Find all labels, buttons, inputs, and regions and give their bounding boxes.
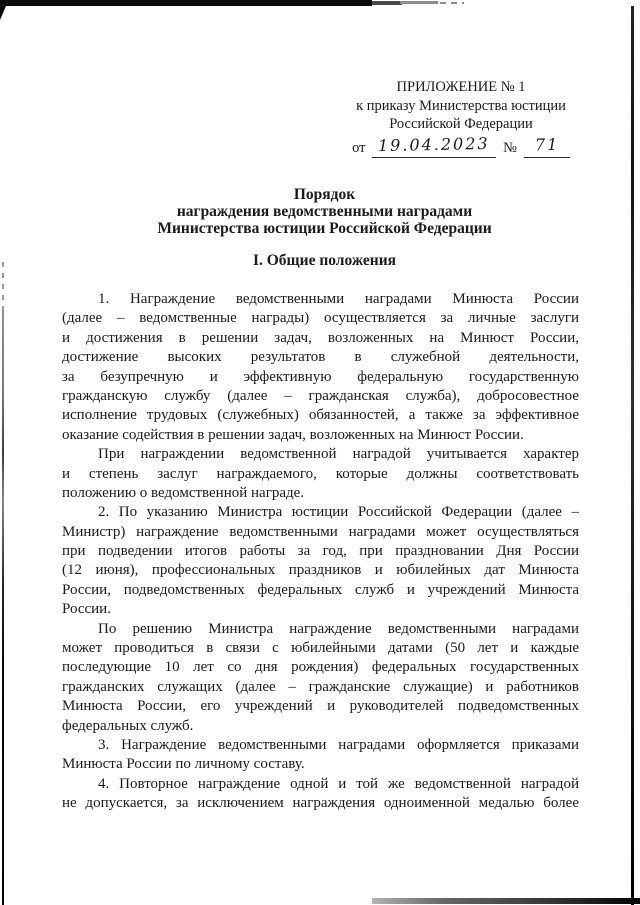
body-line: и достижения в решении задач, возложенны… [62, 329, 579, 348]
body-line: гражданскую службу (далее – гражданская … [62, 387, 579, 406]
body-line: (12 июня), профессиональных праздников и… [62, 561, 579, 580]
scan-edge-top [0, 0, 372, 6]
title-line-3: Министерства юстиции Российской Федераци… [66, 221, 583, 238]
paragraph: 3. Награждение ведомственными наградами … [62, 736, 579, 775]
paragraph: 4. Повторное награждение одной и той же … [62, 775, 579, 814]
body-line: По решению Министра награждение ведомств… [62, 620, 579, 639]
body-line: 1. Награждение ведомственными наградами … [62, 290, 579, 309]
body-line: 3. Награждение ведомственными наградами … [62, 736, 579, 755]
paragraph: По решению Министра награждение ведомств… [62, 620, 579, 736]
body-line: исполнение трудовых (служебных) обязанно… [62, 406, 579, 425]
paragraph: 1. Награждение ведомственными наградами … [62, 290, 579, 445]
body-line: Минюста России по личному составу. [62, 755, 579, 774]
title-line-1: Порядок [66, 187, 583, 204]
order-reference-line1: к приказу Министерства юстиции [345, 97, 577, 116]
scan-edge-top-dashes [440, 2, 464, 4]
scan-edge-bottom [372, 898, 640, 904]
paragraph: При награждении ведомственной наградой у… [62, 445, 579, 503]
document-title: Порядок награждения ведомственными награ… [66, 187, 583, 237]
body-line: России, подведомственных федеральных слу… [62, 581, 579, 600]
handwritten-date-value: 19.04.2023 [378, 135, 490, 156]
body-line: Министр) награждение ведомственными нагр… [62, 523, 579, 542]
body-line: 2. По указанию Министра юстиции Российск… [62, 503, 579, 522]
handwritten-date-field: 19.04.2023 [372, 136, 496, 158]
paragraph: 2. По указанию Министра юстиции Российск… [62, 503, 579, 619]
body-line: положению о ведомственной награде. [62, 484, 579, 503]
body-line: оказание содействия в решении задач, воз… [62, 426, 579, 445]
body-line: России. [62, 600, 579, 619]
body-line: и степень заслуг награждаемого, которые … [62, 465, 579, 484]
handwritten-number-field: 71 [524, 136, 570, 158]
scan-edge-right [631, 6, 634, 905]
order-date-line: от 19.04.2023 № 71 [345, 136, 577, 158]
scan-edge-corner-wedge [0, 6, 6, 20]
scan-edge-top-gray [400, 1, 438, 4]
body-line: (далее – ведомственные награды) осуществ… [62, 309, 579, 328]
body-line: может проводиться в связи с юбилейными д… [62, 639, 579, 658]
body-line: достижение высоких результатов в служебн… [62, 348, 579, 367]
document-body: 1. Награждение ведомственными наградами … [62, 290, 579, 814]
scan-edge-top-fade [372, 1, 402, 5]
handwritten-number-value: 71 [535, 136, 560, 155]
number-sign-label: № [503, 139, 517, 158]
order-reference-line2: Российской Федерации [345, 115, 577, 134]
scanned-document-page: ПРИЛОЖЕНИЕ № 1 к приказу Министерства юс… [0, 0, 640, 905]
body-line: не допускается, за исключением награжден… [62, 794, 579, 813]
scan-edge-left [2, 310, 4, 905]
body-line: при подведении итогов работы за год, при… [62, 542, 579, 561]
body-line: последующие 10 лет со дня рождения) феде… [62, 658, 579, 677]
title-line-2: награждения ведомственными наградами [66, 204, 583, 221]
body-line: гражданских служащих (далее – граждански… [62, 678, 579, 697]
body-line: При награждении ведомственной наградой у… [62, 445, 579, 464]
body-line: за безупречную и эффективную федеральную… [62, 368, 579, 387]
body-line: 4. Повторное награждение одной и той же … [62, 775, 579, 794]
section-heading: I. Общие положения [66, 252, 583, 270]
body-line: Минюста России, его учреждений и руковод… [62, 697, 579, 716]
date-prefix-label: от [352, 139, 365, 158]
appendix-number-line: ПРИЛОЖЕНИЕ № 1 [345, 78, 577, 97]
appendix-header: ПРИЛОЖЕНИЕ № 1 к приказу Министерства юс… [345, 78, 577, 158]
scan-edge-left-dashes [2, 262, 4, 310]
body-line: федеральных служб. [62, 717, 579, 736]
